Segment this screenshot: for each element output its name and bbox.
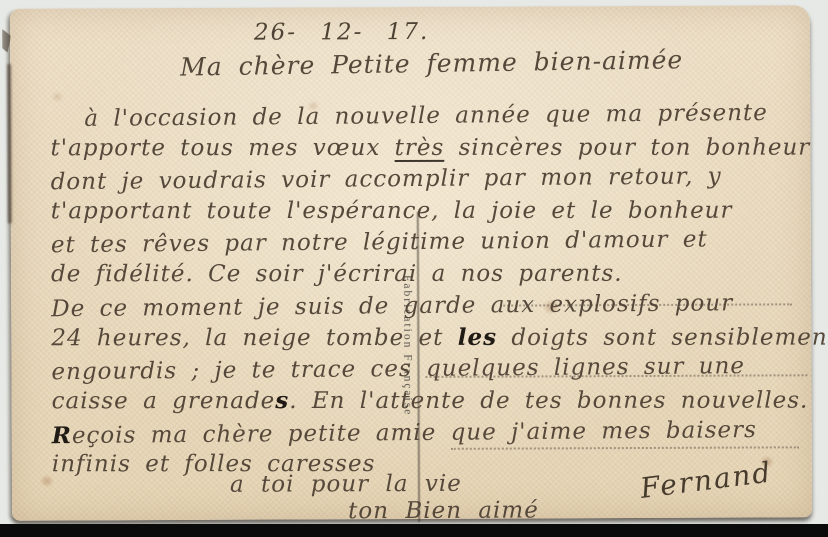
body-line-segment-emphasis: très bbox=[395, 135, 445, 161]
body-line: caisse a grenades. En l'attente de tes b… bbox=[52, 385, 800, 417]
body-line-segment-emphasis: s bbox=[275, 387, 289, 414]
body-line: à l'occasion de la nouvelle année que ma… bbox=[50, 98, 798, 136]
body-line: de fidélité. Ce soir j'écrirai a nos par… bbox=[51, 259, 799, 291]
body-line: t'apporte tous mes vœux très sincères po… bbox=[50, 132, 798, 164]
body-line-segment-emphasis: R bbox=[52, 422, 72, 449]
body-line: et tes rêves par notre légitime union d'… bbox=[51, 224, 799, 262]
body-line-segment-emphasis: les bbox=[458, 324, 497, 351]
body-line-segment: De ce moment je suis de garde aux explos… bbox=[51, 290, 733, 322]
age-stains bbox=[42, 477, 52, 486]
closing-line-1: a toi pour la vie bbox=[230, 471, 462, 498]
body-line-segment: . En l'attente de tes bonnes nouvelles. bbox=[289, 388, 808, 414]
scan-black-band bbox=[0, 524, 828, 537]
body-line: engourdis ; je te trace ces quelques lig… bbox=[51, 350, 799, 388]
body-line-segment: doigts sont sensiblement bbox=[497, 325, 828, 351]
body-line: dont je voudrais voir accomplir par mon … bbox=[51, 161, 799, 199]
salutation-line: Ma chère Petite femme bien-aimée bbox=[180, 45, 683, 81]
body-line-segment: de fidélité. Ce soir j'écrirai a nos par… bbox=[51, 261, 623, 287]
body-line-segment: dont je voudrais voir accomplir par mon … bbox=[51, 164, 722, 196]
body-line-segment: caisse a grenade bbox=[52, 388, 276, 414]
body-line-segment: engourdis ; je te trace ces quelques lig… bbox=[51, 353, 745, 385]
body-line-segment: et tes rêves par notre légitime union d'… bbox=[51, 227, 708, 259]
body-line: De ce moment je suis de garde aux explos… bbox=[51, 287, 799, 325]
body-line: Reçois ma chère petite amie que j'aime m… bbox=[52, 414, 800, 452]
body-line-segment: à l'occasion de la nouvelle année que ma… bbox=[84, 100, 768, 132]
body-line-segment: t'apporte tous mes vœux bbox=[50, 135, 394, 161]
body-line: t'apportant toute l'espérance, la joie e… bbox=[51, 195, 799, 227]
postcard: Fabrication Française 26- 12- 17. Ma chè… bbox=[10, 5, 812, 520]
body-line-segment: 24 heures, la neige tombe et bbox=[51, 325, 457, 351]
date-line: 26- 12- 17. bbox=[254, 19, 429, 46]
corner-shadow bbox=[2, 29, 11, 53]
body-line-segment: t'apportant toute l'espérance, la joie e… bbox=[51, 197, 733, 224]
closing-line-2: ton Bien aimé bbox=[348, 497, 539, 524]
body-line-segment: eçois ma chère petite amie que j'aime me… bbox=[72, 417, 757, 449]
body-line: 24 heures, la neige tombe et les doigts … bbox=[51, 322, 799, 354]
card-edge-shadow bbox=[7, 64, 12, 224]
photo-background: Fabrication Française 26- 12- 17. Ma chè… bbox=[0, 0, 828, 537]
body-line-segment: sincères pour ton bonheur bbox=[444, 134, 810, 160]
letter-body: à l'occasion de la nouvelle année que ma… bbox=[50, 99, 800, 481]
